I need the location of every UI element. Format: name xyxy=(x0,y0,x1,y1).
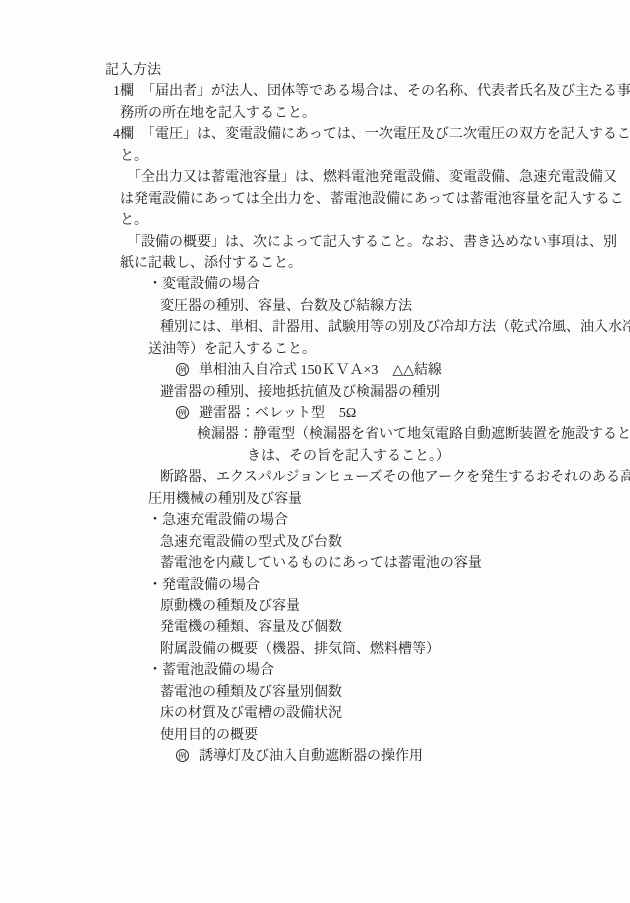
line-text: 「全出力又は蓄電池容量」は、燃料電池発電設備、変電設備、急速充電設備又 xyxy=(127,170,617,185)
line-text: 使用目的の概要 xyxy=(160,728,258,743)
text-line: 圧用機械の種別及び容量 xyxy=(0,489,630,510)
text-line: 例避雷器：ベレット型 5Ω xyxy=(0,403,630,424)
line-text: 断路器、エクスパルジョンヒューズその他アークを発生するおそれのある高 xyxy=(160,470,630,485)
text-line: 例誘導灯及び油入自動遮断器の操作用 xyxy=(0,746,630,767)
example-marker-icon: 例 xyxy=(176,406,189,419)
text-line: 送油等）を記入すること。 xyxy=(0,339,630,360)
text-line: きは、その旨を記入すること。） xyxy=(0,446,630,467)
text-line: 例単相油入自冷式 150ＫＶＡ×3 △△結線 xyxy=(0,360,630,381)
line-text: 原動機の種類及び容量 xyxy=(160,599,300,614)
line-text: 1欄 「届出者」が法人、団体等である場合は、その名称、代表者氏名及び主たる事 xyxy=(113,84,630,99)
text-line: 「全出力又は蓄電池容量」は、燃料電池発電設備、変電設備、急速充電設備又 xyxy=(0,167,630,188)
line-text: 紙に記載し、添付すること。 xyxy=(120,256,302,271)
line-text: ・変電設備の場合 xyxy=(148,277,260,292)
line-text: きは、その旨を記入すること。） xyxy=(247,449,450,464)
text-line: 検漏器：静電型（検漏器を省いて地気電路自動遮断装置を施設すると xyxy=(0,424,630,445)
line-text: ・蓄電池設備の場合 xyxy=(148,663,274,678)
text-line: 種別には、単相、計器用、試験用等の別及び冷却方法（乾式冷風、油入水冷、 xyxy=(0,317,630,338)
text-line: ・急速充電設備の場合 xyxy=(0,510,630,531)
text-line: 附属設備の概要（機器、排気筒、燃料槽等） xyxy=(0,639,630,660)
line-text: 避雷器の種別、接地抵抗値及び検漏器の種別 xyxy=(160,385,440,400)
text-line: 記入方法 xyxy=(0,60,630,81)
line-text: ・急速充電設備の場合 xyxy=(148,513,288,528)
line-text: 蓄電池を内蔵しているものにあっては蓄電池の容量 xyxy=(160,556,482,571)
text-line: ・蓄電池設備の場合 xyxy=(0,660,630,681)
text-line: 使用目的の概要 xyxy=(0,725,630,746)
text-line: 務所の所在地を記入すること。 xyxy=(0,103,630,124)
line-text: と。 xyxy=(120,149,148,164)
text-line: 急速充電設備の型式及び台数 xyxy=(0,532,630,553)
line-text: 避雷器：ベレット型 5Ω xyxy=(199,406,356,421)
text-line: と。 xyxy=(0,210,630,231)
text-line: 4欄 「電圧」は、変電設備にあっては、一次電圧及び二次電圧の双方を記入するこ xyxy=(0,124,630,145)
document-body: 記入方法1欄 「届出者」が法人、団体等である場合は、その名称、代表者氏名及び主た… xyxy=(0,60,630,767)
document-page: 記入方法1欄 「届出者」が法人、団体等である場合は、その名称、代表者氏名及び主た… xyxy=(0,0,630,903)
line-text: 圧用機械の種別及び容量 xyxy=(148,492,302,507)
text-line: 1欄 「届出者」が法人、団体等である場合は、その名称、代表者氏名及び主たる事 xyxy=(0,81,630,102)
text-line: 避雷器の種別、接地抵抗値及び検漏器の種別 xyxy=(0,382,630,403)
text-line: は発電設備にあっては全出力を、蓄電池設備にあっては蓄電池容量を記入するこ xyxy=(0,189,630,210)
line-text: 単相油入自冷式 150ＫＶＡ×3 △△結線 xyxy=(199,363,442,378)
text-line: ・発電設備の場合 xyxy=(0,575,630,596)
text-line: と。 xyxy=(0,146,630,167)
line-text: 務所の所在地を記入すること。 xyxy=(120,106,316,121)
text-line: 変圧器の種別、容量、台数及び結線方法 xyxy=(0,296,630,317)
line-text: 記入方法 xyxy=(105,63,161,78)
line-text: 蓄電池の種類及び容量別個数 xyxy=(160,685,342,700)
line-text: ・発電設備の場合 xyxy=(148,578,260,593)
text-line: ・変電設備の場合 xyxy=(0,274,630,295)
line-text: 送油等）を記入すること。 xyxy=(148,342,316,357)
line-text: 4欄 「電圧」は、変電設備にあっては、一次電圧及び二次電圧の双方を記入するこ xyxy=(113,127,630,142)
text-line: 断路器、エクスパルジョンヒューズその他アークを発生するおそれのある高 xyxy=(0,467,630,488)
line-text: 「設備の概要」は、次によって記入すること。なお、書き込めない事項は、別 xyxy=(127,235,617,250)
text-line: 発電機の種類、容量及び個数 xyxy=(0,617,630,638)
text-line: 蓄電池の種類及び容量別個数 xyxy=(0,682,630,703)
text-line: 原動機の種類及び容量 xyxy=(0,596,630,617)
line-text: 種別には、単相、計器用、試験用等の別及び冷却方法（乾式冷風、油入水冷、 xyxy=(160,320,630,335)
text-line: 「設備の概要」は、次によって記入すること。なお、書き込めない事項は、別 xyxy=(0,232,630,253)
line-text: と。 xyxy=(120,213,148,228)
line-text: 誘導灯及び油入自動遮断器の操作用 xyxy=(199,749,423,764)
line-text: は発電設備にあっては全出力を、蓄電池設備にあっては蓄電池容量を記入するこ xyxy=(120,192,624,207)
text-line: 床の材質及び電槽の設備状況 xyxy=(0,703,630,724)
line-text: 急速充電設備の型式及び台数 xyxy=(160,535,342,550)
text-line: 紙に記載し、添付すること。 xyxy=(0,253,630,274)
line-text: 検漏器：静電型（検漏器を省いて地気電路自動遮断装置を施設すると xyxy=(197,427,630,442)
line-text: 床の材質及び電槽の設備状況 xyxy=(160,706,342,721)
line-text: 変圧器の種別、容量、台数及び結線方法 xyxy=(160,299,412,314)
line-text: 附属設備の概要（機器、排気筒、燃料槽等） xyxy=(160,642,440,657)
line-text: 発電機の種類、容量及び個数 xyxy=(160,620,342,635)
example-marker-icon: 例 xyxy=(176,749,189,762)
example-marker-icon: 例 xyxy=(176,363,189,376)
text-line: 蓄電池を内蔵しているものにあっては蓄電池の容量 xyxy=(0,553,630,574)
